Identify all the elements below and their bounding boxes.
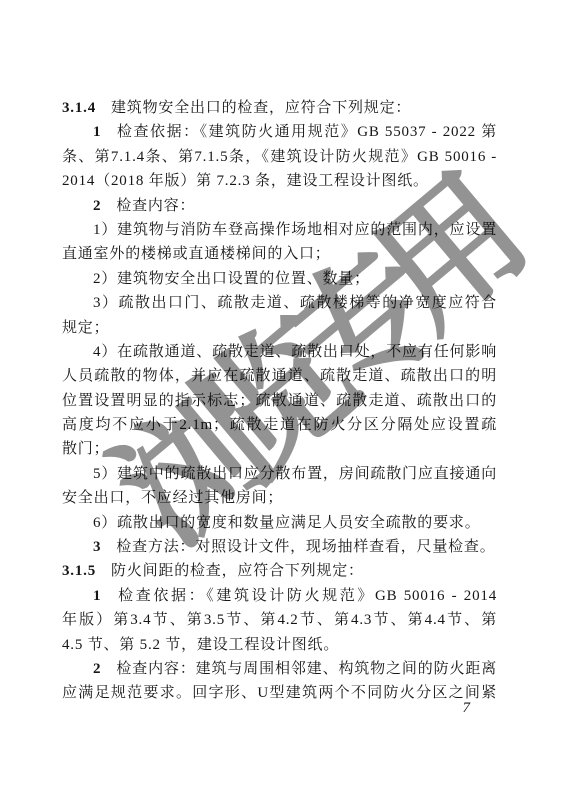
line-text: 检查方法：对照设计文件，现场抽样查看，尺量检查。 [116, 539, 495, 555]
text-line: 1检查依据：《建筑设计防火规范》GB 50016 - 2014（2018 [62, 584, 497, 608]
text-line: 6）疏散出口的宽度和数量应满足人员安全疏散的要求。 [62, 511, 497, 535]
line-text: 安全出口，不应经过其他房间； [62, 490, 283, 506]
line-text: 3）疏散出口门、疏散走道、疏散楼梯等的净宽度应符合 [93, 295, 497, 311]
line-text: 6）疏散出口的宽度和数量应满足人员安全疏散的要求。 [93, 515, 481, 531]
text-line: 条、第7.1.4条、第7.1.5条，《建筑设计防火规范》GB 50016 - [62, 145, 497, 169]
line-text: 检查依据：《建筑设计防火规范》GB 50016 - 2014（2018 [93, 588, 497, 608]
line-text: 人员疏散的物体，并应在疏散通道、疏散走道、疏散出口的明显 [62, 368, 497, 388]
text-line: 1）建筑物与消防车登高操作场地相对应的范围内，应设置 [62, 218, 497, 242]
clause-number: 3.1.4 [62, 100, 96, 116]
page-number: 7 [463, 700, 471, 717]
text-line: 年版）第3.4节、第3.5节、第4.2节、第4.3节、第4.4节、第 [62, 608, 497, 632]
text-line: 2检查内容：建筑与周围相邻建、构筑物之间的防火距离 [62, 657, 497, 681]
text-line: 3.1.4建筑物安全出口的检查，应符合下列规定： [62, 96, 497, 120]
line-text: 年版）第3.4节、第3.5节、第4.2节、第4.3节、第4.4节、第 [62, 612, 497, 628]
line-text: 位置设置明显的指示标志；疏散通道、疏散走道、疏散出口的净 [62, 393, 497, 413]
text-line: 3检查方法：对照设计文件，现场抽样查看，尺量检查。 [62, 535, 497, 559]
clause-number: 1 [93, 124, 101, 140]
text-line: 2）建筑物安全出口设置的位置、数量； [62, 267, 497, 291]
line-text: 2）建筑物安全出口设置的位置、数量； [93, 271, 370, 287]
text-line: 2检查内容： [62, 194, 497, 218]
clause-number: 2 [93, 198, 101, 214]
text-line: 3.1.5防火间距的检查，应符合下列规定： [62, 559, 497, 583]
text-line: 散门； [62, 437, 497, 461]
text-line: 3）疏散出口门、疏散走道、疏散楼梯等的净宽度应符合 [62, 291, 497, 315]
text-line: 2014（2018 年版）第 7.2.3 条，建设工程设计图纸。 [62, 169, 497, 193]
text-line: 规定； [62, 316, 497, 340]
text-line: 5）建筑中的疏散出口应分散布置，房间疏散门应直接通向 [62, 462, 497, 486]
clause-number: 1 [93, 588, 101, 604]
text-line: 1检查依据：《建筑防火通用规范》GB 55037 - 2022 第7.1.2 [62, 120, 497, 144]
line-text: 建筑物安全出口的检查，应符合下列规定： [111, 100, 411, 116]
text-line: 人员疏散的物体，并应在疏散通道、疏散走道、疏散出口的明显 [62, 364, 497, 388]
line-text: 应满足规范要求。回字形、U型建筑两个不同防火分区之间紧靠 [62, 685, 497, 705]
line-text: 4）在疏散通道、疏散走道、疏散出口处，不应有任何影响 [93, 344, 497, 360]
text-line: 高度均不应小于2.1m；疏散走道在防火分区分隔处应设置疏 [62, 413, 497, 437]
text-line: 直通室外的楼梯或直通楼梯间的入口； [62, 242, 497, 266]
line-text: 规定； [62, 320, 109, 336]
line-text: 检查依据：《建筑防火通用规范》GB 55037 - 2022 第7.1.2 [93, 124, 497, 144]
text-line: 应满足规范要求。回字形、U型建筑两个不同防火分区之间紧靠 [62, 681, 497, 705]
line-text: 检查内容： [116, 198, 195, 214]
line-text: 4.5 节、第 5.2 节，建设工程设计图纸。 [62, 637, 339, 653]
line-text: 防火间距的检查，应符合下列规定： [111, 563, 364, 579]
text-line: 安全出口，不应经过其他房间； [62, 486, 497, 510]
line-text: 高度均不应小于2.1m；疏散走道在防火分区分隔处应设置疏 [62, 417, 497, 433]
clause-number: 3 [93, 539, 101, 555]
line-text: 条、第7.1.4条、第7.1.5条，《建筑设计防火规范》GB 50016 - [62, 149, 497, 165]
text-line: 位置设置明显的指示标志；疏散通道、疏散走道、疏散出口的净 [62, 389, 497, 413]
line-text: 直通室外的楼梯或直通楼梯间的入口； [62, 246, 331, 262]
line-text: 检查内容：建筑与周围相邻建、构筑物之间的防火距离 [116, 661, 497, 677]
line-text: 1）建筑物与消防车登高操作场地相对应的范围内，应设置 [93, 222, 497, 238]
clause-number: 3.1.5 [62, 563, 96, 579]
document-page: 浏览专用 3.1.4建筑物安全出口的检查，应符合下列规定：1检查依据：《建筑防火… [0, 0, 561, 804]
body-text: 3.1.4建筑物安全出口的检查，应符合下列规定：1检查依据：《建筑防火通用规范》… [62, 96, 497, 706]
text-line: 4）在疏散通道、疏散走道、疏散出口处，不应有任何影响 [62, 340, 497, 364]
clause-number: 2 [93, 661, 101, 677]
line-text: 5）建筑中的疏散出口应分散布置，房间疏散门应直接通向 [93, 466, 497, 482]
text-line: 4.5 节、第 5.2 节，建设工程设计图纸。 [62, 633, 497, 657]
line-text: 2014（2018 年版）第 7.2.3 条，建设工程设计图纸。 [62, 173, 429, 189]
line-text: 散门； [62, 441, 109, 457]
